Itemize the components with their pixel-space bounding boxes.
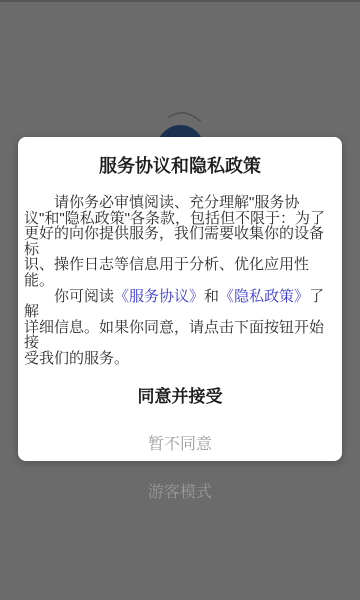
dialog-title: 服务协议和隐私政策 (18, 157, 342, 176)
body-text: 你可阅读 (54, 288, 114, 305)
agree-and-accept-button[interactable]: 同意并接受 (18, 388, 342, 405)
dimmed-backdrop: 服务协议和隐私政策 请你务必审慎阅读、充分理解"服务协 议"和"隐私政策"各条款… (0, 0, 360, 600)
privacy-policy-dialog: 服务协议和隐私政策 请你务必审慎阅读、充分理解"服务协 议"和"隐私政策"各条款… (18, 137, 342, 461)
agreement-paragraph-1: 请你务必审慎阅读、充分理解"服务协 议"和"隐私政策"各条款，包括但不限于：为了… (24, 195, 336, 289)
service-agreement-link[interactable]: 《服务协议》 (114, 288, 204, 305)
guest-mode-button[interactable]: 游客模式 (18, 485, 342, 501)
agreement-body: 请你务必审慎阅读、充分理解"服务协 议"和"隐私政策"各条款，包括但不限于：为了… (18, 195, 342, 367)
logo-swoosh-arc-icon (160, 104, 210, 126)
agreement-paragraph-2: 你可阅读《服务协议》和《隐私政策》了解 详细信息。如果你同意，请点击下面按钮开始… (24, 289, 336, 367)
disagree-button[interactable]: 暂不同意 (18, 437, 342, 453)
body-text: 和 (204, 288, 219, 305)
privacy-policy-link[interactable]: 《隐私政策》 (219, 288, 309, 305)
